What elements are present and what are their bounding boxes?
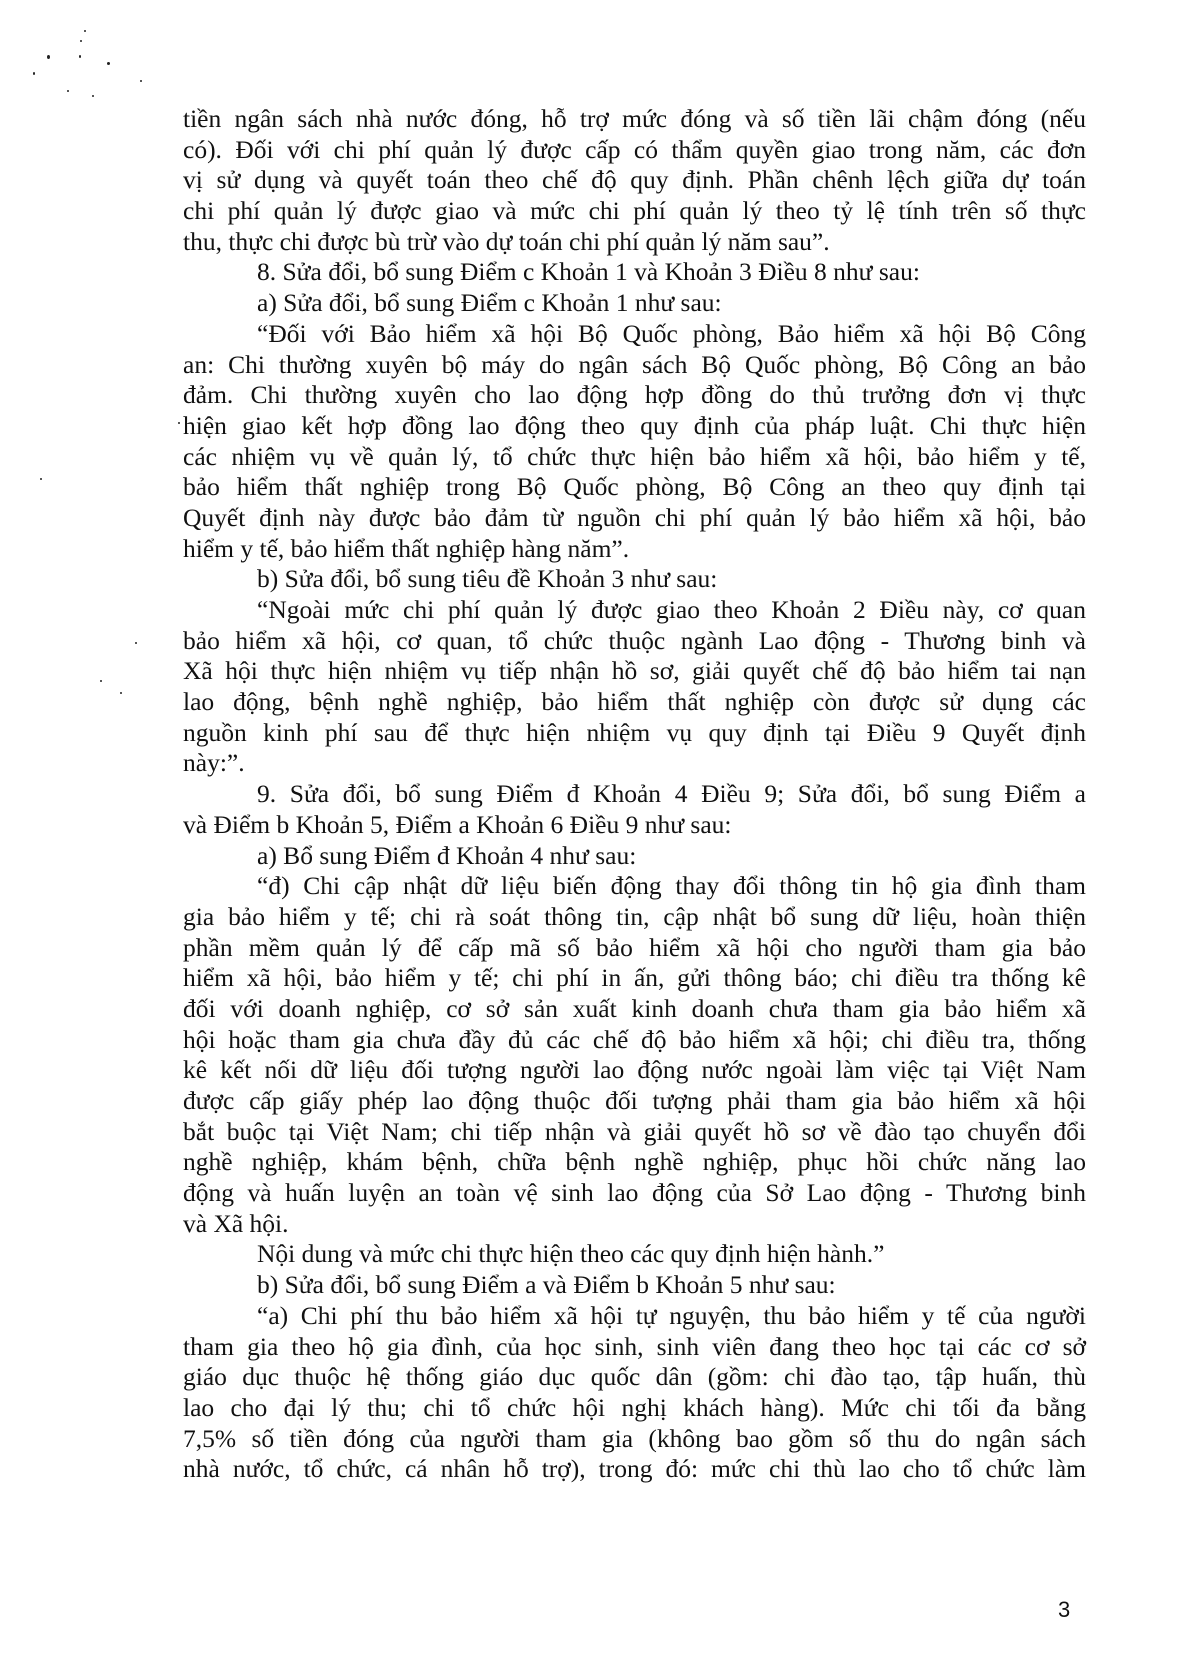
text-line: hiểm xã hội, bảo hiểm y tế; chi phí in ấ… (183, 963, 1086, 994)
scan-speck (135, 642, 137, 644)
text-line: động và huấn luyện an toàn vệ sinh lao đ… (183, 1178, 1086, 1209)
scan-speck (80, 40, 82, 42)
scan-speck (40, 478, 42, 480)
text-line: này:”. (183, 748, 1086, 779)
text-line: 9. Sửa đổi, bổ sung Điểm đ Khoản 4 Điều … (183, 779, 1086, 810)
scan-speck (84, 30, 86, 32)
text-line: b) Sửa đổi, bổ sung tiêu đề Khoản 3 như … (183, 564, 1086, 595)
text-line: vị sử dụng và quyết toán theo chế độ quy… (183, 165, 1086, 196)
scan-speck (92, 95, 94, 97)
text-line: b) Sửa đổi, bổ sung Điểm a và Điểm b Kho… (183, 1270, 1086, 1301)
text-line: Xã hội thực hiện nhiệm vụ tiếp nhận hồ s… (183, 656, 1086, 687)
text-line: tiền ngân sách nhà nước đóng, hỗ trợ mức… (183, 104, 1086, 135)
text-line: giáo dục thuộc hệ thống giáo dục quốc dâ… (183, 1362, 1086, 1393)
scan-speck (67, 90, 69, 92)
text-line: đối với doanh nghiệp, cơ sở sản xuất kin… (183, 994, 1086, 1025)
text-line: có). Đối với chi phí quản lý được cấp có… (183, 135, 1086, 166)
document-page: tiền ngân sách nhà nước đóng, hỗ trợ mức… (0, 0, 1202, 1676)
text-line: gia bảo hiểm y tế; chi rà soát thông tin… (183, 902, 1086, 933)
scan-speck (107, 62, 110, 65)
scan-speck (100, 680, 102, 682)
text-line: Nội dung và mức chi thực hiện theo các q… (183, 1239, 1086, 1270)
text-line: “a) Chi phí thu bảo hiểm xã hội tự nguyệ… (183, 1301, 1086, 1332)
text-line: được cấp giấy phép lao động thuộc đối tư… (183, 1086, 1086, 1117)
scan-speck (33, 72, 35, 75)
scan-speck (120, 692, 122, 694)
document-body: tiền ngân sách nhà nước đóng, hỗ trợ mức… (183, 104, 1086, 1485)
text-line: Quyết định này được bảo đảm từ nguồn chi… (183, 503, 1086, 534)
text-line: 8. Sửa đổi, bổ sung Điểm c Khoản 1 và Kh… (183, 257, 1086, 288)
text-line: an: Chi thường xuyên bộ máy do ngân sách… (183, 350, 1086, 381)
text-line: bắt buộc tại Việt Nam; chi tiếp nhận và … (183, 1117, 1086, 1148)
text-line: “Ngoài mức chi phí quản lý được giao the… (183, 595, 1086, 626)
text-line: nguồn kinh phí sau để thực hiện nhiệm vụ… (183, 718, 1086, 749)
text-line: a) Sửa đổi, bổ sung Điểm c Khoản 1 như s… (183, 288, 1086, 319)
text-line: chi phí quản lý được giao và mức chi phí… (183, 196, 1086, 227)
text-line: thu, thực chi được bù trừ vào dự toán ch… (183, 227, 1086, 258)
text-line: hiểm y tế, bảo hiểm thất nghiệp hàng năm… (183, 534, 1086, 565)
text-line: nghề nghiệp, khám bệnh, chữa bệnh nghề n… (183, 1147, 1086, 1178)
text-line: “Đối với Bảo hiểm xã hội Bộ Quốc phòng, … (183, 319, 1086, 350)
text-line: “đ) Chi cập nhật dữ liệu biến động thay … (183, 871, 1086, 902)
text-line: 7,5% số tiền đóng của người tham gia (kh… (183, 1424, 1086, 1455)
text-line: bảo hiểm xã hội, cơ quan, tổ chức thuộc … (183, 626, 1086, 657)
text-line: và Xã hội. (183, 1209, 1086, 1240)
text-line: đảm. Chi thường xuyên cho lao động hợp đ… (183, 380, 1086, 411)
text-line: lao cho đại lý thu; chi tổ chức hội nghị… (183, 1393, 1086, 1424)
scan-speck (47, 55, 50, 59)
text-line: phần mềm quản lý để cấp mã số bảo hiểm x… (183, 933, 1086, 964)
text-line: nhà nước, tổ chức, cá nhân hỗ trợ), tron… (183, 1454, 1086, 1485)
text-line: các nhiệm vụ về quản lý, tổ chức thực hi… (183, 442, 1086, 473)
text-line: a) Bổ sung Điểm đ Khoản 4 như sau: (183, 841, 1086, 872)
text-line: kê kết nối dữ liệu đối tượng người lao đ… (183, 1055, 1086, 1086)
scan-speck (79, 55, 81, 58)
page-number: 3 (1058, 1597, 1070, 1623)
scan-speck (178, 422, 180, 424)
text-line: lao động, bệnh nghề nghiệp, bảo hiểm thấ… (183, 687, 1086, 718)
text-line: tham gia theo hộ gia đình, của học sinh,… (183, 1332, 1086, 1363)
text-line: bảo hiểm thất nghiệp trong Bộ Quốc phòng… (183, 472, 1086, 503)
text-line: và Điểm b Khoản 5, Điểm a Khoản 6 Điều 9… (183, 810, 1086, 841)
text-line: hội hoặc tham gia chưa đầy đủ các chế độ… (183, 1025, 1086, 1056)
scan-speck (140, 80, 142, 82)
text-line: hiện giao kết hợp đồng lao động theo quy… (183, 411, 1086, 442)
